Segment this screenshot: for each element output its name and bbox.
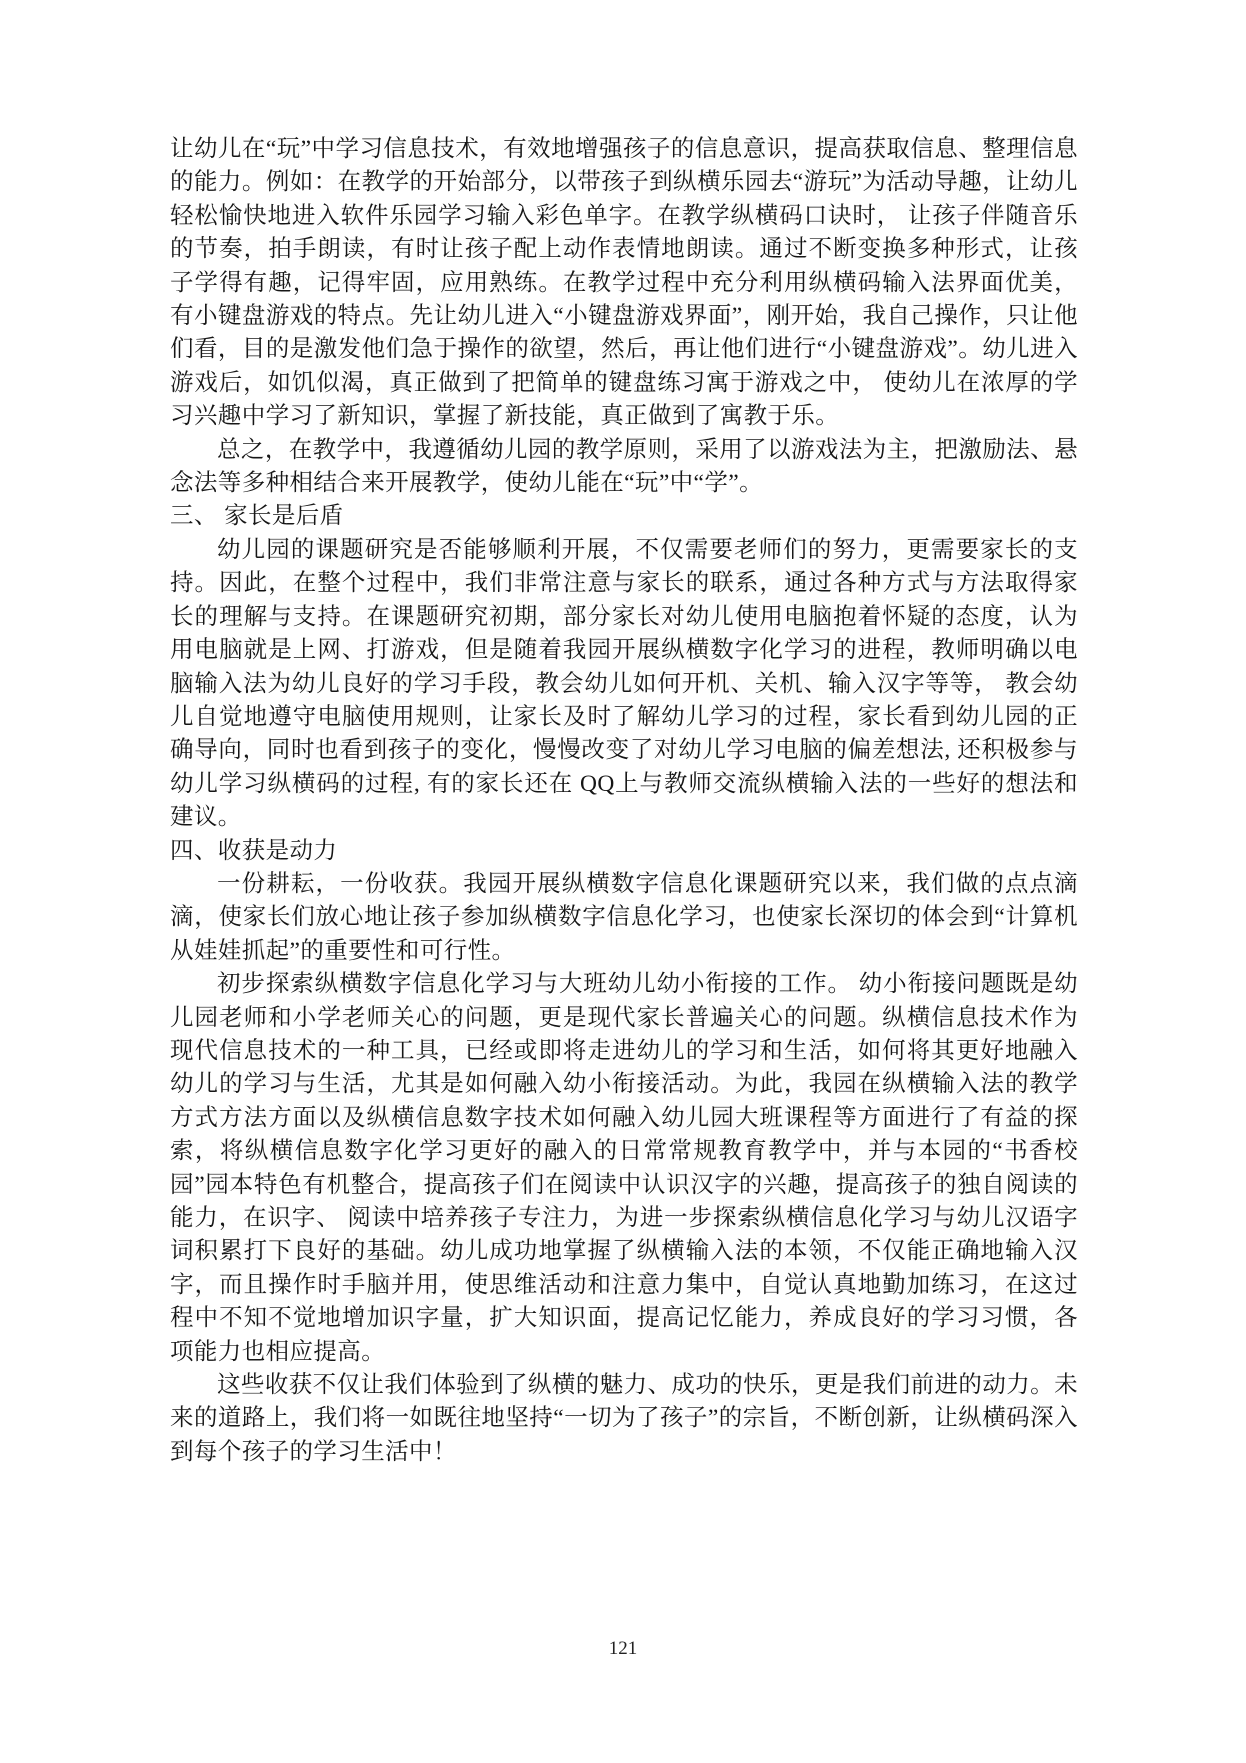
body-paragraph-closing: 这些收获不仅让我们体验到了纵横的魅力、成功的快乐，更是我们前进的动力。未来的道路… bbox=[170, 1369, 1078, 1469]
document-page: 让幼儿在“玩”中学习信息技术，有效地增强孩子的信息意识，提高获取信息、整理信息的… bbox=[0, 0, 1246, 1763]
body-paragraph-harvest: 一份耕耘，一份收获。我园开展纵横数字信息化课题研究以来，我们做的点点滴滴，使家长… bbox=[170, 868, 1078, 968]
page-number: 121 bbox=[0, 1638, 1246, 1660]
section-heading-four: 四、收获是动力 bbox=[170, 835, 1078, 868]
body-paragraph-continuation: 让幼儿在“玩”中学习信息技术，有效地增强孩子的信息意识，提高获取信息、整理信息的… bbox=[170, 133, 1078, 434]
section-heading-three: 三、 家长是后盾 bbox=[170, 500, 1078, 533]
body-paragraph-exploration: 初步探索纵横数字信息化学习与大班幼儿幼小衔接的工作。 幼小衔接问题既是幼儿园老师… bbox=[170, 968, 1078, 1369]
document-body: 让幼儿在“玩”中学习信息技术，有效地增强孩子的信息意识，提高获取信息、整理信息的… bbox=[170, 133, 1078, 1469]
body-paragraph-summary: 总之，在教学中，我遵循幼儿园的教学原则，采用了以游戏法为主，把激励法、悬念法等多… bbox=[170, 434, 1078, 501]
body-paragraph-parents: 幼儿园的课题研究是否能够顺利开展，不仅需要老师们的努力，更需要家长的支持。因此，… bbox=[170, 534, 1078, 835]
